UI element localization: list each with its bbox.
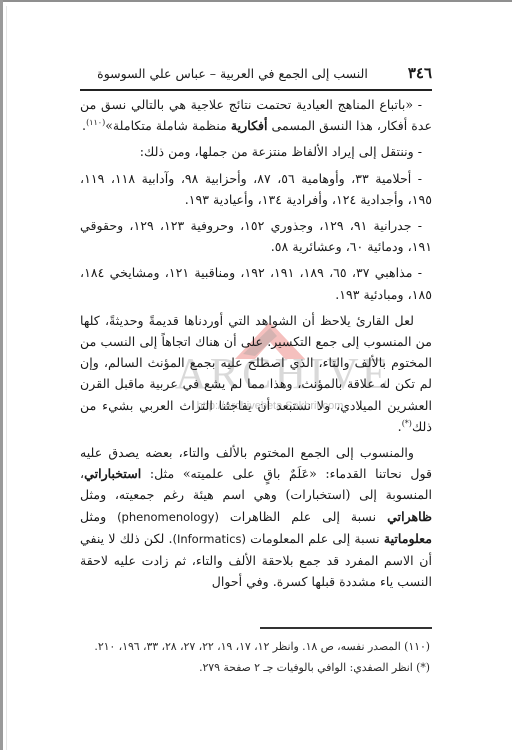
page-edge-inner — [6, 6, 7, 750]
bold-term: معلوماتية — [384, 531, 432, 546]
footnotes: (١١٠) المصدر نفسه، ص ١٨. وانظر ١٢، ١٧، ١… — [80, 636, 432, 678]
text-run: لعل القارئ يلاحظ أن الشواهد التي أوردناه… — [80, 313, 432, 434]
footnote-ref: (١١٠) — [86, 118, 105, 127]
text-run: ومثل — [80, 509, 117, 524]
page-header: ٣٤٦ النسب إلى الجمع في العربية – عباس عل… — [80, 62, 432, 84]
page-edge-left — [0, 0, 3, 750]
latin-term: (Informatics) — [172, 532, 246, 546]
bold-term: ظاهراتي — [387, 509, 432, 524]
paragraph-list-3: - مذاهبي ٣٧، ٦٥، ١٨٩، ١٩١، ١٩٢، ومناقبية… — [80, 262, 432, 304]
footnote-star: (*) انظر الصفدي: الوافي بالوفيات جـ ٢ صف… — [80, 657, 432, 678]
paragraph-list-2: - جدرانية ٩١، ١٢٩، وجذوري ١٥٢، وحروفية ١… — [80, 215, 432, 257]
paragraph-discussion: لعل القارئ يلاحظ أن الشواهد التي أوردناه… — [80, 310, 432, 437]
bold-term: استخباراتي — [84, 466, 141, 481]
page-edge-top — [0, 0, 512, 2]
text-run: نسبة إلى علم المعلومات — [246, 531, 384, 546]
body-text: - «باتباع المناهج العيادية تحتمت نتائج ع… — [80, 94, 432, 597]
paragraph-examples: والمنسوب إلى الجمع المختوم بالألف والتاء… — [80, 442, 432, 592]
paragraph-quote: - «باتباع المناهج العيادية تحتمت نتائج ع… — [80, 94, 432, 136]
header-rule — [80, 89, 432, 91]
footnote-ref: (*) — [402, 419, 412, 428]
footnote-rule — [260, 627, 432, 629]
footnote-110: (١١٠) المصدر نفسه، ص ١٨. وانظر ١٢، ١٧، ١… — [80, 636, 432, 657]
latin-term: (phenomenology) — [117, 510, 219, 524]
page-number: ٣٤٦ — [408, 64, 432, 82]
text-run: نسبة إلى علم الظاهرات — [219, 509, 387, 524]
text-run: منظمة شاملة متكاملة» — [105, 118, 231, 133]
running-title: النسب إلى الجمع في العربية – عباس علي ال… — [97, 66, 368, 81]
bold-term: أفكارية — [231, 118, 268, 133]
paragraph-list-1: - أحلامية ٣٣، وأوهامية ٥٦، ٨٧، وأحزابية … — [80, 168, 432, 210]
paragraph-intro: - وننتقل إلى إيراد الألفاظ منتزعة من جمل… — [80, 141, 432, 162]
